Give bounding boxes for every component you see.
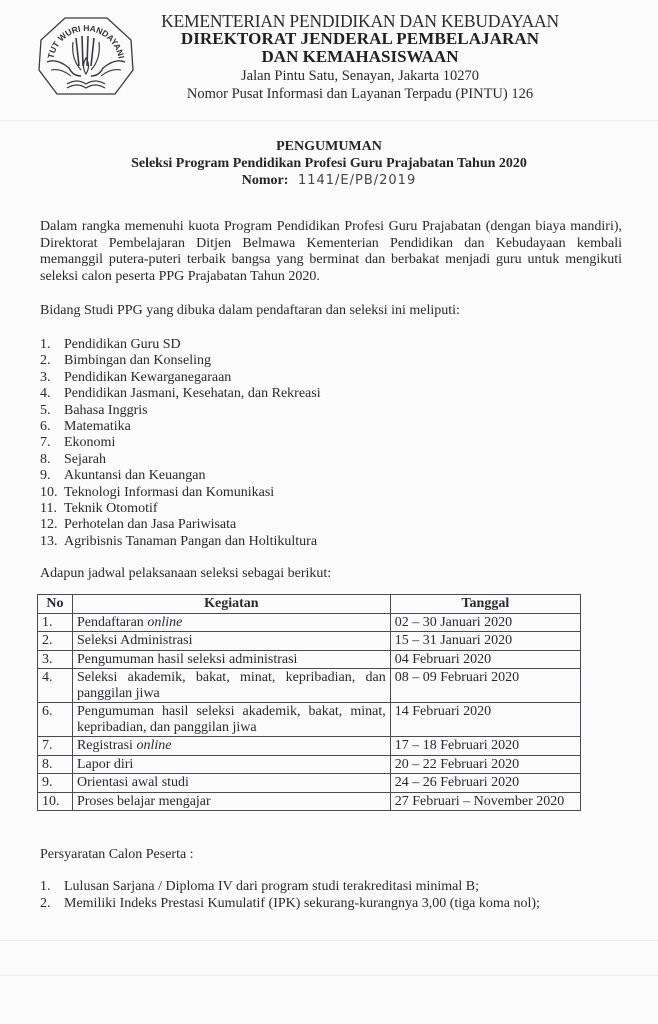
fields-intro: Bidang Studi PPG yang dibuka dalam penda… — [40, 303, 460, 319]
list-label: Lulusan Sarjana / Diploma IV dari progra… — [64, 878, 479, 895]
row-no: 2. — [38, 632, 73, 651]
announcement-subject: Seleksi Program Pendidikan Profesi Guru … — [100, 155, 558, 172]
list-label: Memiliki Indeks Prestasi Kumulatif (IPK)… — [64, 895, 540, 912]
schedule-intro: Adapun jadwal pelaksanaan seleksi sebaga… — [40, 566, 331, 582]
list-number: 1. — [40, 337, 64, 353]
list-label: Agribisnis Tanaman Pangan dan Holtikultu… — [64, 534, 317, 550]
row-activity: Pendaftaran online — [72, 613, 390, 632]
row-no: 3. — [38, 650, 73, 669]
row-date: 17 – 18 Februari 2020 — [390, 737, 580, 756]
header-no: No — [38, 595, 73, 614]
scanned-document-page: TUT WURI HANDAYANI KEMENTERIAN PENDIDIKA… — [0, 0, 658, 1024]
row-no: 6. — [38, 703, 73, 737]
list-label: Bimbingan dan Konseling — [64, 353, 211, 369]
list-label: Ekonomi — [64, 435, 115, 451]
list-number: 1. — [40, 878, 64, 895]
row-no: 9. — [38, 774, 73, 793]
list-label: Perhotelan dan Jasa Pariwisata — [64, 517, 236, 533]
list-item: 1.Pendidikan Guru SD — [40, 337, 321, 353]
row-no: 1. — [38, 613, 73, 632]
list-number: 5. — [40, 403, 64, 419]
row-activity: Lapor diri — [72, 755, 390, 774]
row-date: 24 – 26 Februari 2020 — [390, 774, 580, 793]
list-label: Bahasa Inggris — [64, 403, 148, 419]
list-item: 7.Ekonomi — [40, 435, 321, 451]
row-activity: Pengumuman hasil seleksi administrasi — [72, 650, 390, 669]
row-date: 15 – 31 Januari 2020 — [390, 632, 580, 651]
svg-text:TUT WURI HANDAYANI: TUT WURI HANDAYANI — [45, 23, 126, 59]
table-row: 7.Registrasi online17 – 18 Februari 2020 — [38, 737, 581, 756]
table-row: 10.Proses belajar mengajar27 Februari – … — [38, 792, 581, 811]
list-item: 4.Pendidikan Jasmani, Kesehatan, dan Rek… — [40, 386, 321, 402]
list-number: 11. — [40, 501, 64, 517]
scan-artifact — [0, 975, 658, 976]
list-number: 8. — [40, 452, 64, 468]
row-no: 7. — [38, 737, 73, 756]
list-label: Sejarah — [64, 452, 106, 468]
row-no: 10. — [38, 792, 73, 811]
list-item: 6.Matematika — [40, 419, 321, 435]
list-item: 3.Pendidikan Kewarganegaraan — [40, 370, 321, 386]
row-date: 08 – 09 Februari 2020 — [390, 669, 580, 703]
list-number: 6. — [40, 419, 64, 435]
list-item: 11.Teknik Otomotif — [40, 501, 321, 517]
contact-info: Nomor Pusat Informasi dan Layanan Terpad… — [150, 85, 570, 103]
list-item: 13.Agribisnis Tanaman Pangan dan Holtiku… — [40, 534, 321, 550]
list-number: 13. — [40, 534, 64, 550]
row-activity: Registrasi online — [72, 737, 390, 756]
announcement-heading: PENGUMUMAN — [100, 138, 558, 155]
table-header-row: No Kegiatan Tanggal — [38, 595, 581, 614]
study-fields-list: 1.Pendidikan Guru SD2.Bimbingan dan Kons… — [40, 337, 321, 550]
announcement-number: Nomor: 1141/E/PB/2019 — [100, 172, 558, 189]
table-row: 8.Lapor diri20 – 22 Februari 2020 — [38, 755, 581, 774]
list-item: 5.Bahasa Inggris — [40, 403, 321, 419]
list-label: Teknik Otomotif — [64, 501, 158, 517]
row-date: 27 Februari – November 2020 — [390, 792, 580, 811]
row-activity: Seleksi akademik, bakat, minat, kepribad… — [72, 669, 390, 703]
list-number: 7. — [40, 435, 64, 451]
table-row: 1.Pendaftaran online02 – 30 Januari 2020 — [38, 613, 581, 632]
tut-wuri-handayani-logo-icon: TUT WURI HANDAYANI — [35, 14, 137, 100]
number-label: Nomor: — [242, 173, 289, 188]
row-no: 8. — [38, 755, 73, 774]
list-number: 4. — [40, 386, 64, 402]
table-row: 2.Seleksi Administrasi15 – 31 Januari 20… — [38, 632, 581, 651]
header-activity: Kegiatan — [72, 595, 390, 614]
directorate-name-line2: DAN KEMAHASISWAAN — [150, 48, 570, 66]
row-activity: Pengumuman hasil seleksi akademik, bakat… — [72, 703, 390, 737]
list-number: 9. — [40, 468, 64, 484]
row-date: 02 – 30 Januari 2020 — [390, 613, 580, 632]
list-label: Pendidikan Guru SD — [64, 337, 181, 353]
row-activity: Proses belajar mengajar — [72, 792, 390, 811]
list-number: 2. — [40, 895, 64, 912]
directorate-name-line1: DIREKTORAT JENDERAL PEMBELAJARAN — [150, 30, 570, 48]
list-label: Matematika — [64, 419, 131, 435]
row-date: 14 Februari 2020 — [390, 703, 580, 737]
schedule-table: No Kegiatan Tanggal 1.Pendaftaran online… — [37, 594, 581, 811]
row-date: 04 Februari 2020 — [390, 650, 580, 669]
row-date: 20 – 22 Februari 2020 — [390, 755, 580, 774]
list-item: 10.Teknologi Informasi dan Komunikasi — [40, 485, 321, 501]
requirements-intro: Persyaratan Calon Peserta : — [40, 847, 194, 863]
list-label: Pendidikan Jasmani, Kesehatan, dan Rekre… — [64, 386, 321, 402]
ministry-name: KEMENTERIAN PENDIDIKAN DAN KEBUDAYAAN — [150, 12, 570, 30]
list-number: 2. — [40, 353, 64, 369]
table-row: 6.Pengumuman hasil seleksi akademik, bak… — [38, 703, 581, 737]
list-item: 9.Akuntansi dan Keuangan — [40, 468, 321, 484]
list-label: Teknologi Informasi dan Komunikasi — [64, 485, 274, 501]
table-row: 3.Pengumuman hasil seleksi administrasi0… — [38, 650, 581, 669]
address: Jalan Pintu Satu, Senayan, Jakarta 10270 — [150, 67, 570, 85]
list-label: Pendidikan Kewarganegaraan — [64, 370, 231, 386]
table-row: 4.Seleksi akademik, bakat, minat, keprib… — [38, 669, 581, 703]
list-number: 12. — [40, 517, 64, 533]
list-number: 3. — [40, 370, 64, 386]
row-activity: Seleksi Administrasi — [72, 632, 390, 651]
table-row: 9.Orientasi awal studi24 – 26 Februari 2… — [38, 774, 581, 793]
row-activity: Orientasi awal studi — [72, 774, 390, 793]
list-item: 2.Memiliki Indeks Prestasi Kumulatif (IP… — [40, 895, 540, 912]
list-number: 10. — [40, 485, 64, 501]
letterhead: KEMENTERIAN PENDIDIKAN DAN KEBUDAYAAN DI… — [150, 12, 570, 103]
scan-artifact — [0, 120, 658, 121]
handwritten-number: 1141/E/PB/2019 — [298, 173, 416, 188]
list-item: 8.Sejarah — [40, 452, 321, 468]
scan-artifact — [0, 940, 658, 941]
list-item: 12.Perhotelan dan Jasa Pariwisata — [40, 517, 321, 533]
announcement-title-block: PENGUMUMAN Seleksi Program Pendidikan Pr… — [100, 138, 558, 189]
header-date: Tanggal — [390, 595, 580, 614]
row-no: 4. — [38, 669, 73, 703]
list-item: 2.Bimbingan dan Konseling — [40, 353, 321, 369]
list-item: 1.Lulusan Sarjana / Diploma IV dari prog… — [40, 878, 540, 895]
list-label: Akuntansi dan Keuangan — [64, 468, 206, 484]
requirements-list: 1.Lulusan Sarjana / Diploma IV dari prog… — [40, 878, 540, 912]
intro-paragraph: Dalam rangka memenuhi kuota Program Pend… — [40, 219, 622, 285]
